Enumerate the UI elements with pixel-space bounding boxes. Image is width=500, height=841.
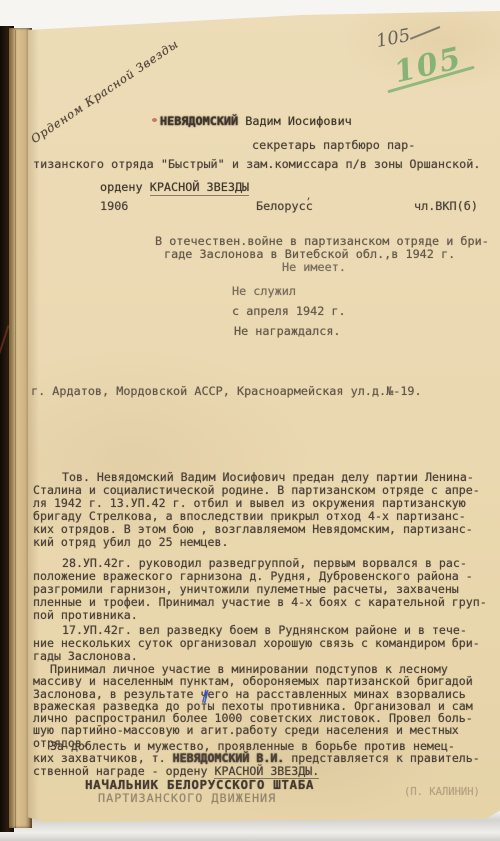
pencil-flourish-stroke [410, 26, 440, 39]
citation-paragraph-2: 28.УП.42г. руководил разведгруппой, перв… [33, 557, 495, 622]
document-page: 105 105 Орденом Красной Звезды НЕВЯДОМСК… [28, 8, 500, 822]
position-line-1: секретарь партбюро пар- [252, 139, 415, 152]
partisan-service-since: с апреля 1942 г. [232, 305, 346, 318]
citation-line: ственной награде - ордену КРАСНОЙ ЗВЕЗДЫ… [33, 765, 495, 777]
recipient-surname: НЕВЯДОМСКИЙ [160, 114, 245, 128]
citation-text: ственной награде - ордену [33, 764, 214, 778]
recipient-given-names: Вадим Иосифович [245, 114, 352, 128]
award-prefix: ордену [100, 180, 150, 194]
citation-line: шую партийно-массовую и агит.работу сред… [33, 724, 495, 736]
position-line-2: тизанского отряда "Быстрый" и зам.комисс… [33, 158, 480, 171]
army-service-status: Не служил [232, 285, 296, 298]
citation-paragraph-3: 17.УП.42г. вел разведку боем в Руднянско… [33, 624, 495, 663]
page-edge-crease [15, 30, 16, 828]
award-name-underlined: КРАСНОЙ ЗВЕЗДЫ [150, 180, 249, 196]
scanned-document: 105 105 Орденом Красной Звезды НЕВЯДОМСК… [0, 0, 500, 841]
party-membership: чл.ВКП(б) [414, 200, 478, 213]
handwritten-award-note: Орденом Красной Звезды [28, 37, 181, 146]
signature-title-line-2: ПАРТИЗАНСКОГО ДВИЖЕНИЯ [98, 792, 276, 805]
previous-awards-status: Не награждался. [234, 325, 341, 338]
citation-line: пой противника. [33, 609, 495, 622]
home-address: г. Ардатов, Мордовской АССР, Красноармей… [31, 385, 422, 398]
citation-paragraph-1: Тов. Невядомский Вадим Иосифович предан … [33, 471, 495, 549]
red-ink-speck [152, 118, 157, 122]
citation-paragraph-5: За доблесть и мужество, проявленные в бо… [33, 740, 495, 777]
birth-year: 1906 [100, 200, 128, 213]
citation-line: кий отряд убил до 25 немцев. [33, 536, 495, 549]
recommended-award-line: ордену КРАСНОЙ ЗВЕЗДЫ [100, 181, 249, 194]
signature-title-line-1: НАЧАЛЬНИК БЕЛОРУССКОГО ШТАБА [85, 778, 314, 791]
citation-paragraph-4: Принимал личное участие в минировании по… [33, 663, 495, 749]
signatory-name: (П. КАЛИНИН) [404, 786, 480, 799]
wounds-status: Не имеет. [282, 261, 346, 274]
citation-line: массиву и населенным пунктам, обороняемы… [33, 675, 495, 687]
registration-number-green: 105 [391, 41, 466, 91]
registration-number-pencil: 105 [374, 25, 412, 52]
recipient-name: НЕВЯДОМСКИЙ Вадим Иосифович [160, 115, 352, 128]
